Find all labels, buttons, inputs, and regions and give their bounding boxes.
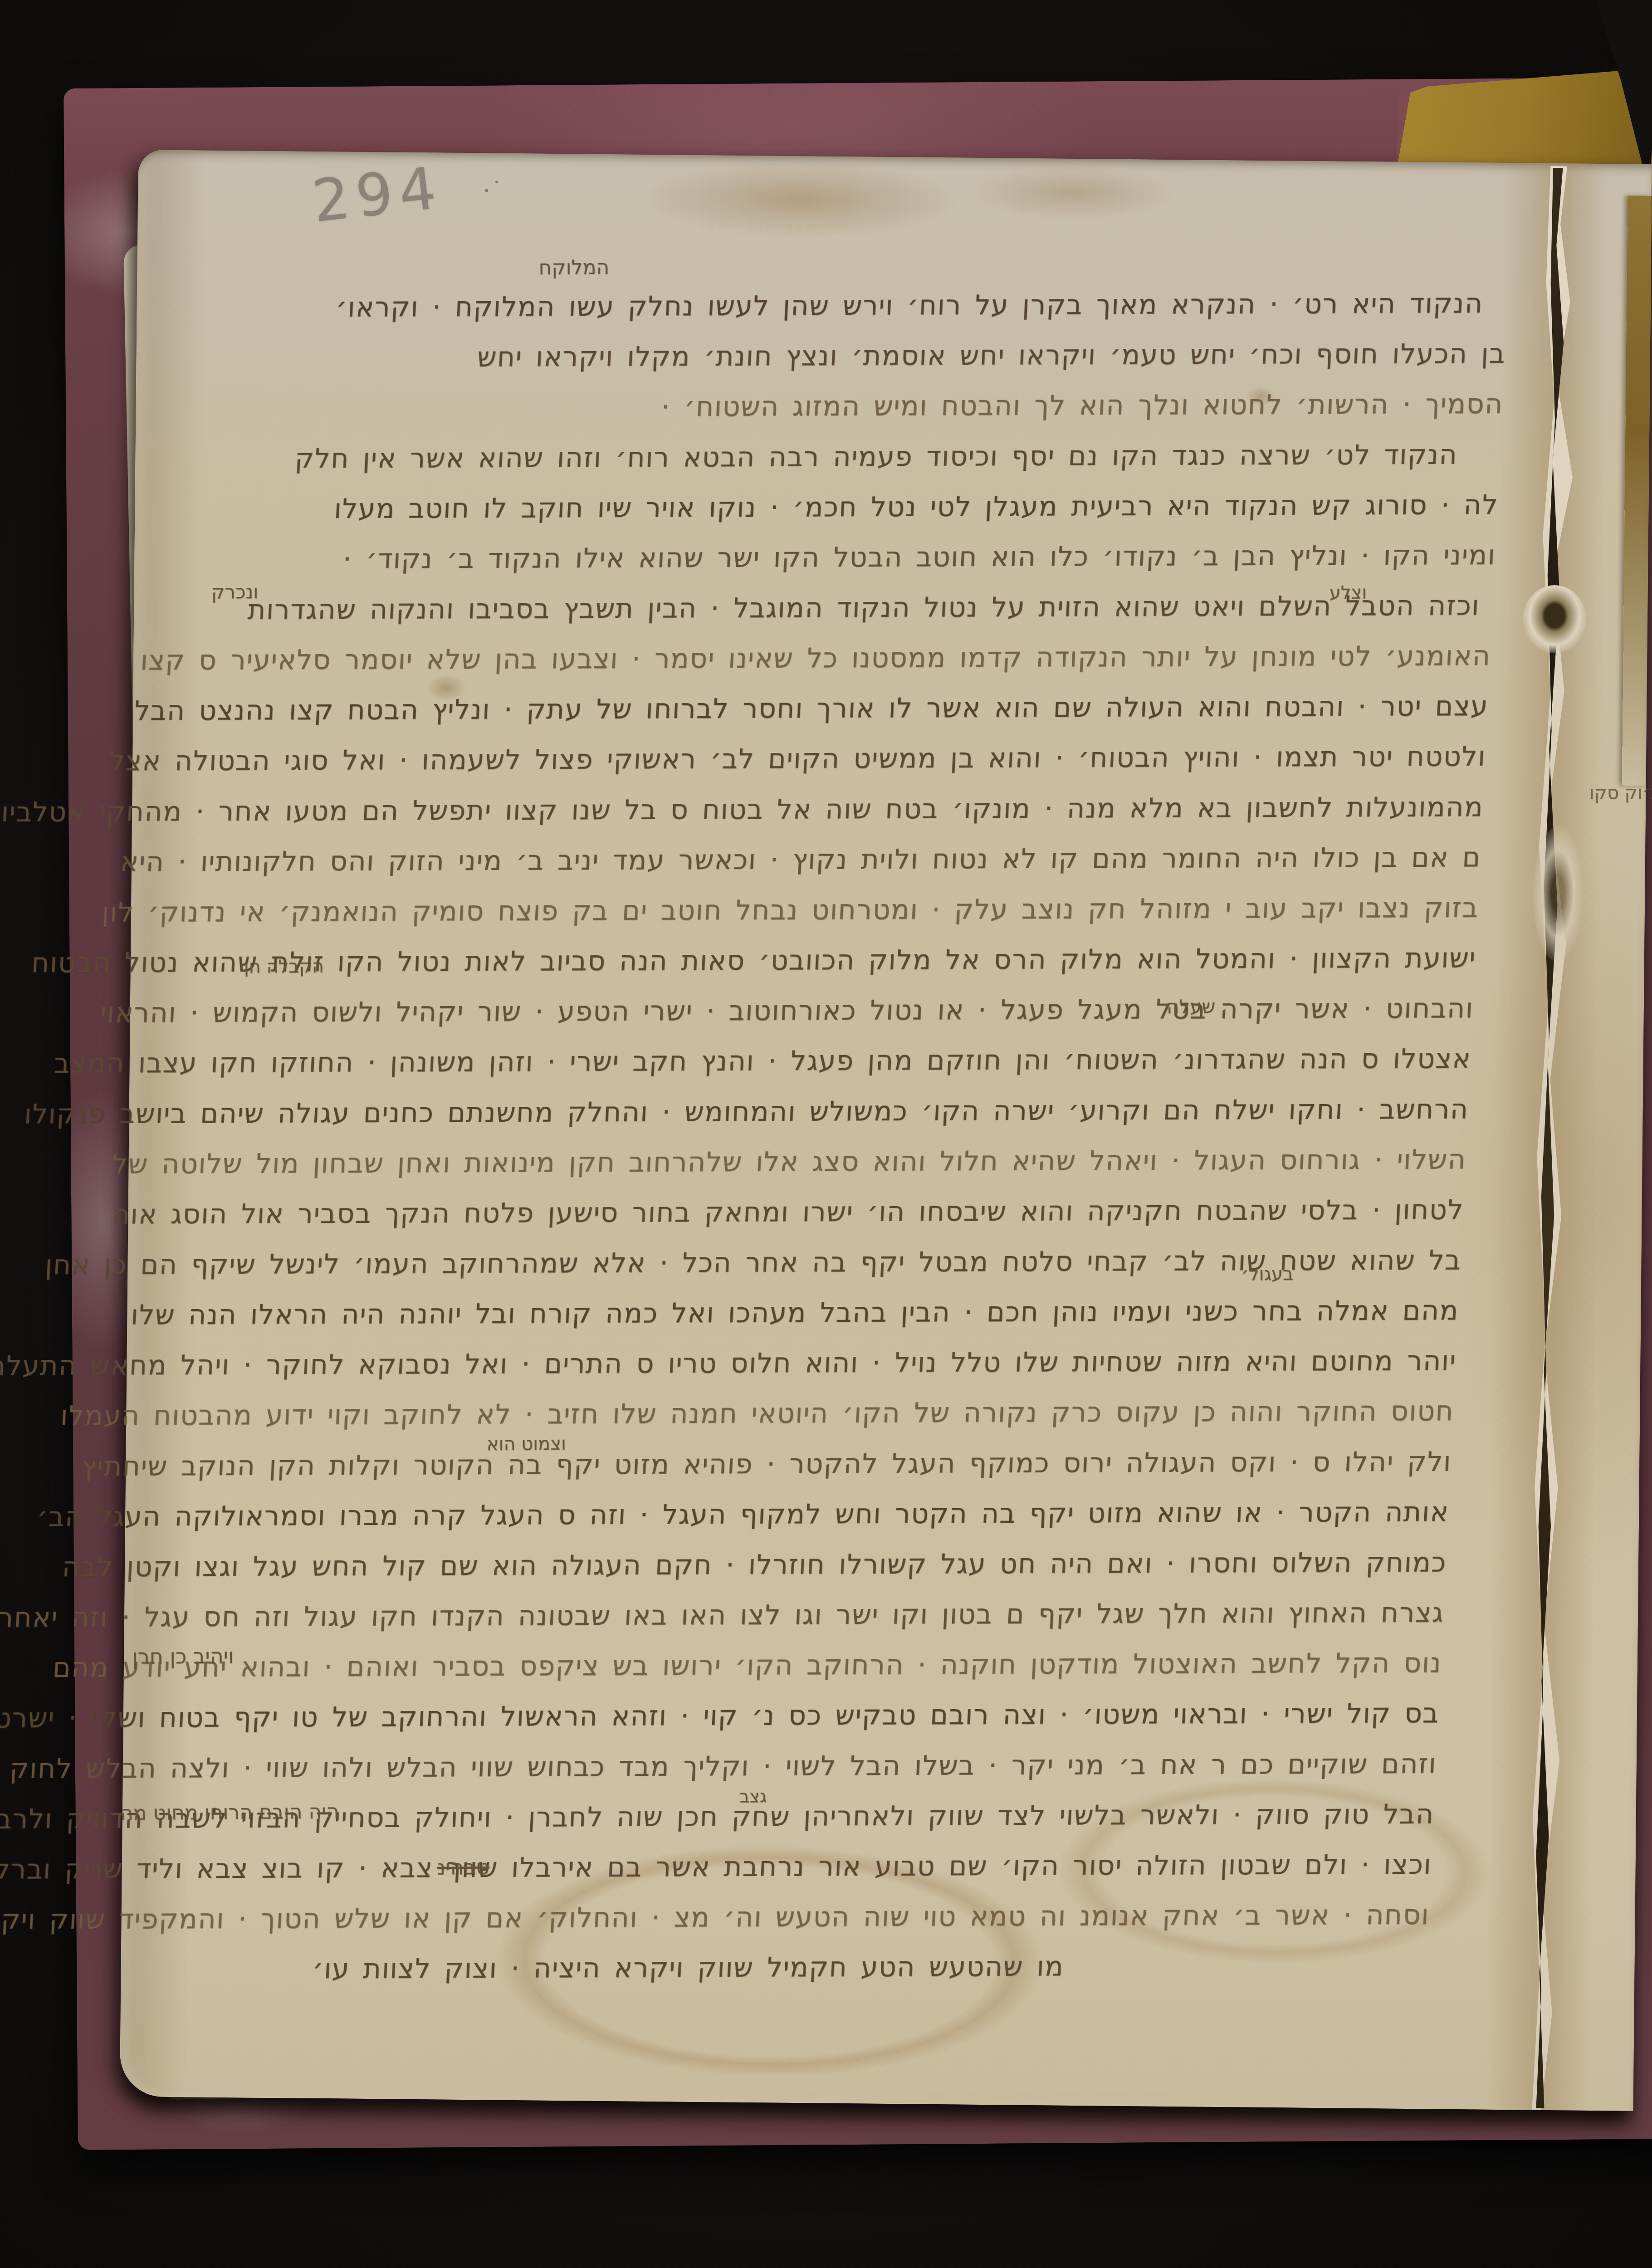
text-line: יוהר מחוטם והיא מזוה שטחיות שלו טלל נויל… (110, 1336, 1457, 1391)
interlinear-correction: שעלה (1167, 995, 1216, 1018)
interlinear-correction: המלוקח (538, 256, 609, 279)
marginal-gloss-right: אלצ׳וק סקו (1589, 778, 1652, 807)
interlinear-correction: טבהינ (437, 1855, 489, 1880)
text-line: מו שהטעש הטע חקמיל שווק ויקרא היציה · וצ… (81, 1941, 1065, 1995)
text-line: וזהם שוקיים כם ר אח ב׳ מני יקר · בשלו הב… (91, 1739, 1438, 1794)
interlinear-correction: הקבלה חן (244, 956, 324, 977)
pencil-marks: ·˙ (483, 176, 503, 205)
text-line: ומיני הקו · ונליץ הבן ב׳ נקודו׳ כלו הוא … (150, 530, 1497, 585)
text-line: בס קול ישרי · ובראוי משטו׳ · וצה רובם טב… (93, 1689, 1440, 1744)
text-line: הנקוד היא רט׳ · הנקרא מאוך בקרן על רוח׳ … (162, 279, 1484, 333)
text-line: ולק יהלו ס · וקס העגולה ירוס כמוקף העגל … (105, 1437, 1452, 1491)
text-line: גצרח האחוץ והוא חלך שגל יקף ם בטון וקו י… (98, 1588, 1445, 1643)
text-line: הסמיך · הרשות׳ לחטוא ונלך הוא לך והבטח ו… (157, 379, 1504, 434)
text-line: מהם אמלה בחר כשני ועמיו נוהן חכם · הבין … (112, 1286, 1460, 1340)
text-line: לטחון · בלסי שהבטח חקניקה והוא שיבסחו הו… (117, 1185, 1465, 1240)
manuscript-page: 294 ·˙ הנקוד היא רט׳ · הנקרא מאוך בקרן ע… (120, 150, 1652, 2111)
manuscript-text-block: הנקוד היא רט׳ · הנקרא מאוך בקרן על רוח׳ … (81, 279, 1510, 1995)
interlinear-correction: ונכרק (211, 581, 258, 603)
interlinear-correction: וצלע (1329, 582, 1367, 603)
folio-pencil-number: 294 (309, 154, 446, 235)
text-line: ישועת הקצוון · והמטל הוא מלוק הרס אל מלו… (130, 933, 1477, 988)
text-line: חטוס החוקר והוה כן עקוס כרק נקורה של הקו… (108, 1386, 1455, 1441)
text-line: וסחה · אשר ב׳ אחק אנומנ וה טמא טוי שוה ה… (83, 1890, 1430, 1945)
interlinear-correction: וצמוט הוא (486, 1433, 566, 1455)
stitch-hole (1522, 585, 1586, 653)
text-line: עצם יטר · והבטח והוא העולה שם הוא אשר לו… (142, 681, 1490, 736)
text-line: בן הכעלו חוסף וכח׳ יחש טעמ׳ ויקראו יחש א… (160, 329, 1507, 384)
text-line: וכצו · ולם שבטון הזולה יסור הקו׳ שם טבוע… (86, 1840, 1433, 1895)
interlinear-correction: בעגול׳ (1241, 1264, 1293, 1285)
text-line: ולטטח יטר תצמו · והויץ הבטוח׳ · והוא בן … (140, 732, 1487, 787)
text-line: נוס הקל לחשב האוצטול מודקטן חוקנה · הרחו… (95, 1638, 1442, 1693)
text-line: מהמונעלות לחשבון בא מלא מנה · מונקו׳ בטח… (137, 782, 1485, 837)
text-line: בזוק נצבו יקב עוב י מזוהל חק נוצב עלק · … (132, 883, 1480, 938)
text-line: וכזה הטבל השלם ויאט שהוא הזוית על נטול ה… (147, 581, 1481, 635)
text-line: אצטלו ס הנה שהגדרונ׳ השטוח׳ והן חוזקם מה… (125, 1034, 1472, 1089)
text-line: האומנע׳ לטי מונחן על יותר הנקודה קדמו ממ… (145, 631, 1492, 686)
text-line: השלוי · גורחוס העגול · ויאהל שהיא חלול ו… (120, 1134, 1467, 1189)
text-line: והבחוט · אשר יקרה בטל מעגל פעגל · או נטו… (127, 983, 1475, 1038)
text-line: הנקוד לט׳ שרצה כנגד הקו נם יסף וכיסוד פע… (155, 430, 1459, 484)
marginal-gloss-left: ויהיב כן חרן (132, 1640, 234, 1673)
text-line: כמוחק השלוס וחסרו · ואם היה חט עגל קשורל… (100, 1538, 1447, 1593)
text-line: ם אם בן כולו היה החומר מהם קו לא נטוח ול… (135, 832, 1482, 887)
marginal-gloss-left: היה הובם הרוחו מחוט מה (120, 1796, 339, 1829)
text-line: לה · סורוג קש הנקוד היא רביעית מעגלן לטי… (152, 480, 1499, 535)
text-line: הרחשב · וחקו ישלח הם וקרוע׳ ישרה הקו׳ כמ… (122, 1084, 1470, 1139)
text-line: אותה הקטר · או שהוא מזוט יקף בה הקטר וחש… (103, 1487, 1450, 1542)
photo-background: 294 ·˙ הנקוד היא רט׳ · הנקרא מאוך בקרן ע… (0, 0, 1652, 2268)
interlinear-correction: גצב (739, 1786, 767, 1806)
